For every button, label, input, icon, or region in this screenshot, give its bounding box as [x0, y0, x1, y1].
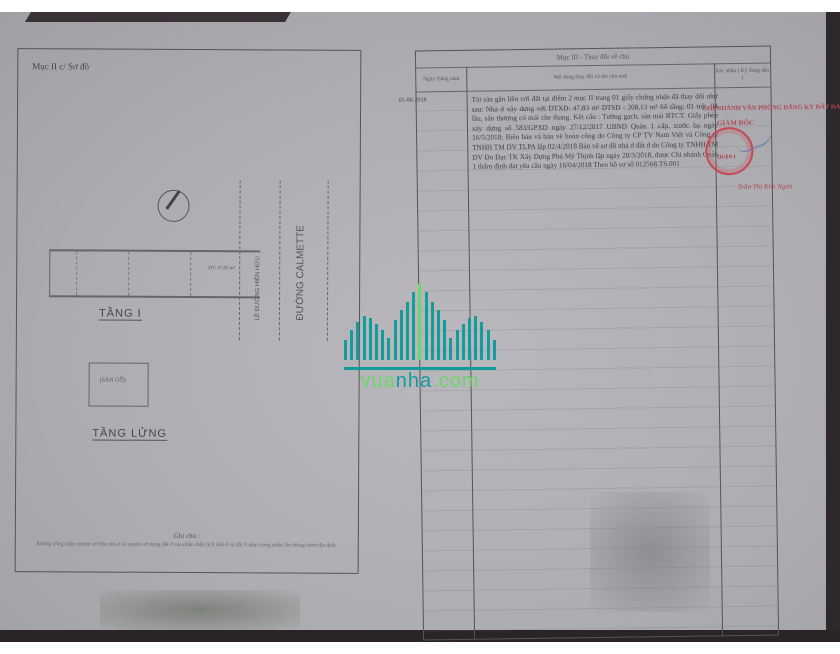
ground-floor-plan: DT: 47,83 m² [49, 249, 260, 298]
street-boundary [327, 181, 329, 341]
street-label: ĐƯỜNG CALMETTE [295, 225, 306, 321]
note-text: Không công nhận quyền sở hữu nhà ở và qu… [26, 540, 348, 550]
entry-content: Tài sản gắn liền với đất tại điểm 2 mục … [472, 92, 719, 172]
logo-bar [350, 330, 353, 360]
logo-skyline-icon [340, 284, 500, 360]
background-edge [25, 12, 291, 22]
logo-bar [462, 324, 465, 360]
mezzanine-label: (SÀN GỖ) [100, 378, 126, 384]
logo-bar [449, 338, 452, 360]
watermark-text-part: vua [361, 370, 396, 392]
plan-wall [128, 252, 129, 296]
logo-bar [344, 340, 347, 360]
compass-icon [157, 190, 189, 222]
logo-bar [356, 322, 359, 360]
stamp-title: GIÁM ĐỐC [717, 119, 754, 128]
watermark-text: vuanha.com [340, 370, 500, 393]
column-header-confirm: Xác nhận ( Ký đóng dấu ) [714, 63, 770, 89]
logo-bar [480, 322, 483, 360]
stamp-organization: CHI NHÁNH VĂN PHÒNG ĐĂNG KÝ ĐẤT ĐAI QUẬN… [703, 103, 840, 112]
logo-bar [363, 316, 366, 360]
watermark-logo: vuanha.com [340, 284, 500, 394]
watermark-text-part: .com [432, 370, 479, 392]
logo-bar [418, 284, 421, 360]
logo-bar [468, 318, 471, 360]
entry-date: 05-06-2018 [399, 97, 427, 103]
document-photo: Mục II c/ Sơ đồ DT: 47,83 m² LỀ ĐƯỜNG HI… [0, 12, 840, 642]
plan-area-label: DT: 47,83 m² [208, 266, 235, 271]
logo-bar [369, 318, 372, 360]
logo-bar [406, 302, 409, 360]
logo-bar [456, 330, 459, 360]
floor-plan-section: Mục II c/ Sơ đồ DT: 47,83 m² LỀ ĐƯỜNG HI… [15, 48, 362, 574]
sidewalk-label: LỀ ĐƯỜNG HIỀN HỮU [255, 256, 261, 320]
watermark-text-part: nha [396, 370, 432, 392]
logo-bar [425, 292, 428, 360]
logo-bar [394, 320, 397, 360]
mezzanine-plan: (SÀN GỖ) [88, 362, 148, 406]
logo-bar [431, 302, 434, 360]
column-header-date: Ngày tháng năm [416, 67, 466, 93]
signer-name: Trần Thị Kim Ngân [738, 182, 793, 191]
shadow [100, 590, 300, 630]
floor-title: TẦNG LỬNG [92, 428, 167, 441]
logo-bar [412, 292, 415, 360]
logo-bar [387, 338, 390, 360]
floor-title: TẦNG I [99, 308, 142, 321]
plan-wall [190, 252, 191, 296]
logo-bar [381, 330, 384, 360]
logo-bar [487, 330, 490, 360]
logo-bar [443, 320, 446, 360]
logo-bar [400, 310, 403, 360]
seal-text: QUẬN 1 [717, 155, 736, 160]
plan-wall [76, 251, 77, 295]
logo-bar [437, 310, 440, 360]
street-boundary [279, 180, 281, 340]
logo-bar [474, 316, 477, 360]
logo-bar [375, 324, 378, 360]
logo-bar [493, 340, 496, 360]
section-label: Mục II c/ Sơ đồ [32, 61, 89, 71]
